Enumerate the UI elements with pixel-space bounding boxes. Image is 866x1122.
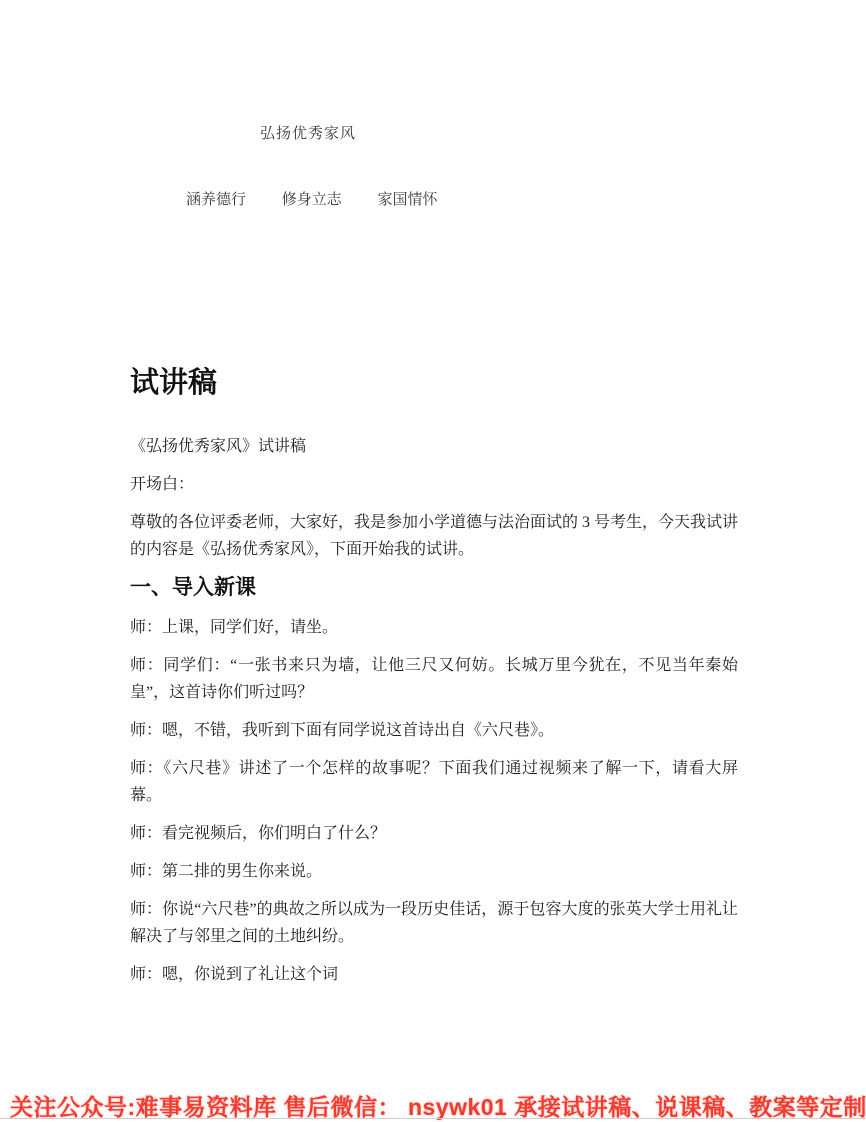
footer-divider <box>0 1118 866 1119</box>
paragraph: 师：第二排的男生你来说。 <box>130 858 738 885</box>
keyword-item: 家国情怀 <box>378 188 438 209</box>
keyword-item: 涵养德行 <box>186 188 246 209</box>
page-title: 试讲稿 <box>130 365 738 403</box>
document-body: 试讲稿 《弘扬优秀家风》试讲稿 开场白： 尊敬的各位评委老师，大家好，我是参加小… <box>130 365 738 999</box>
paragraph: 师：你说“六尺巷”的典故之所以成为一段历史佳话，源于包容大度的张英大学士用礼让解… <box>130 896 738 950</box>
pdf-page: 弘扬优秀家风 涵养德行 修身立志 家国情怀 试讲稿 《弘扬优秀家风》试讲稿 开场… <box>0 0 866 1122</box>
paragraph: 师：嗯，你说到了礼让这个词 <box>130 961 738 988</box>
paragraph: 师：同学们：“一张书来只为墙，让他三尺又何妨。长城万里今犹在，不见当年秦始皇”，… <box>130 652 738 706</box>
paragraph: 《弘扬优秀家风》试讲稿 <box>130 433 738 460</box>
paragraph: 尊敬的各位评委老师，大家好，我是参加小学道德与法治面试的 3 号考生，今天我试讲… <box>130 509 738 563</box>
paragraph: 师：《六尺巷》讲述了一个怎样的故事呢？下面我们通过视频来了解一下，请看大屏幕。 <box>130 755 738 809</box>
document-header-title: 弘扬优秀家风 <box>260 122 356 143</box>
paragraph: 师：嗯，不错，我听到下面有同学说这首诗出自《六尺巷》。 <box>130 717 738 744</box>
promo-footer-banner: 关注公众号:难事易资料库 售后微信： nsywk01 承接试讲稿、说课稿、教案等… <box>0 1062 866 1122</box>
document-header-keywords: 涵养德行 修身立志 家国情怀 <box>186 188 438 209</box>
paragraph: 师：上课，同学们好，请坐。 <box>130 614 738 641</box>
paragraph: 师：看完视频后，你们明白了什么？ <box>130 820 738 847</box>
paragraph: 开场白： <box>130 471 738 498</box>
keyword-item: 修身立志 <box>282 188 342 209</box>
section-heading: 一、导入新课 <box>130 574 738 602</box>
